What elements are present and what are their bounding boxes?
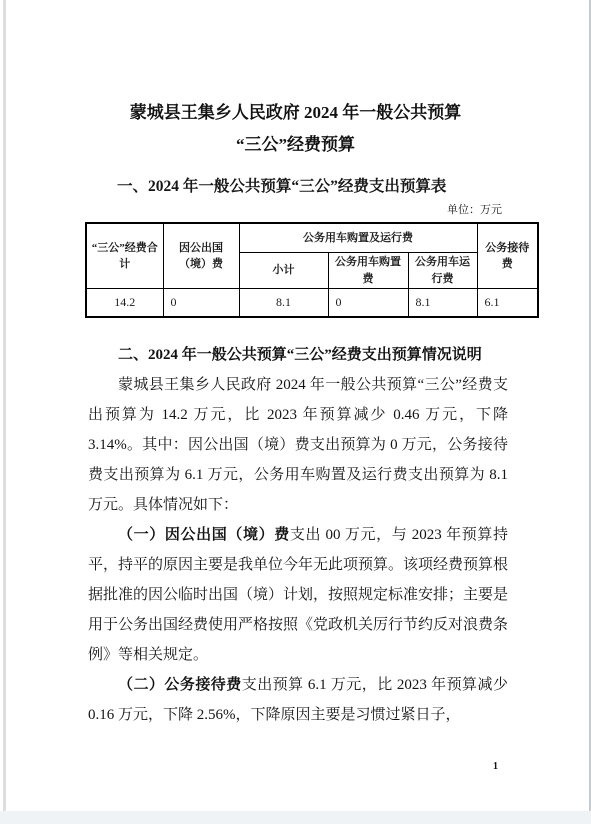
value-vehicle-subtotal: 8.1: [239, 289, 328, 318]
table-header-row-1: “三公”经费合计 因公出国（境）费 公务用车购置及运行费 公务接待费: [86, 223, 538, 253]
section2-heading: 二、2024 年一般公共预算“三公”经费支出预算情况说明: [88, 340, 508, 370]
paragraph-overview: 蒙城县王集乡人民政府 2024 年一般公共预算“三公”经费支出预算为 14.2 …: [88, 370, 508, 520]
value-total: 14.2: [86, 289, 163, 318]
page-bottom-shadow: [0, 811, 591, 824]
col-header-vehicle-purchase: 公务用车购置费: [328, 253, 408, 289]
page-number: 1: [493, 761, 498, 772]
paragraph-abroad-rest: 支出 00 万元，与 2023 年预算持平，持平的原因主要是我单位今年无此项预算…: [88, 527, 508, 663]
table-data-row: 14.2 0 8.1 0 8.1 6.1: [86, 289, 538, 318]
col-header-total: “三公”经费合计: [86, 223, 163, 289]
document-title-line1: 蒙城县王集乡人民政府 2024 年一般公共预算: [0, 98, 591, 123]
paragraph-abroad-lead: （一）因公出国（境）费: [118, 527, 290, 543]
paragraph-reception: （二）公务接待费支出预算 6.1 万元，比 2023 年预算减少 0.16 万元…: [88, 670, 508, 730]
col-header-reception: 公务接待费: [477, 223, 538, 289]
budget-table: “三公”经费合计 因公出国（境）费 公务用车购置及运行费 公务接待费 小计 公务…: [85, 222, 539, 318]
section1-heading: 一、2024 年一般公共预算“三公”经费支出预算表: [117, 174, 446, 196]
col-header-abroad: 因公出国（境）费: [163, 223, 239, 289]
col-header-vehicle-operation: 公务用车运行费: [408, 253, 477, 289]
document-page: 蒙城县王集乡人民政府 2024 年一般公共预算 “三公”经费预算 一、2024 …: [0, 0, 591, 824]
document-title-line2: “三公”经费预算: [0, 130, 591, 155]
col-header-vehicle-group: 公务用车购置及运行费: [239, 223, 477, 253]
paragraph-abroad: （一）因公出国（境）费支出 00 万元，与 2023 年预算持平，持平的原因主要…: [88, 520, 508, 670]
unit-label: 单位：万元: [447, 201, 502, 217]
value-abroad: 0: [163, 289, 239, 318]
value-vehicle-operation: 8.1: [408, 289, 477, 318]
paragraph-reception-lead: （二）公务接待费: [118, 677, 242, 693]
page-left-edge: [3, 0, 6, 824]
section2-block: 二、2024 年一般公共预算“三公”经费支出预算情况说明 蒙城县王集乡人民政府 …: [88, 340, 508, 730]
col-header-vehicle-subtotal: 小计: [239, 253, 328, 289]
value-vehicle-purchase: 0: [328, 289, 408, 318]
value-reception: 6.1: [477, 289, 538, 318]
